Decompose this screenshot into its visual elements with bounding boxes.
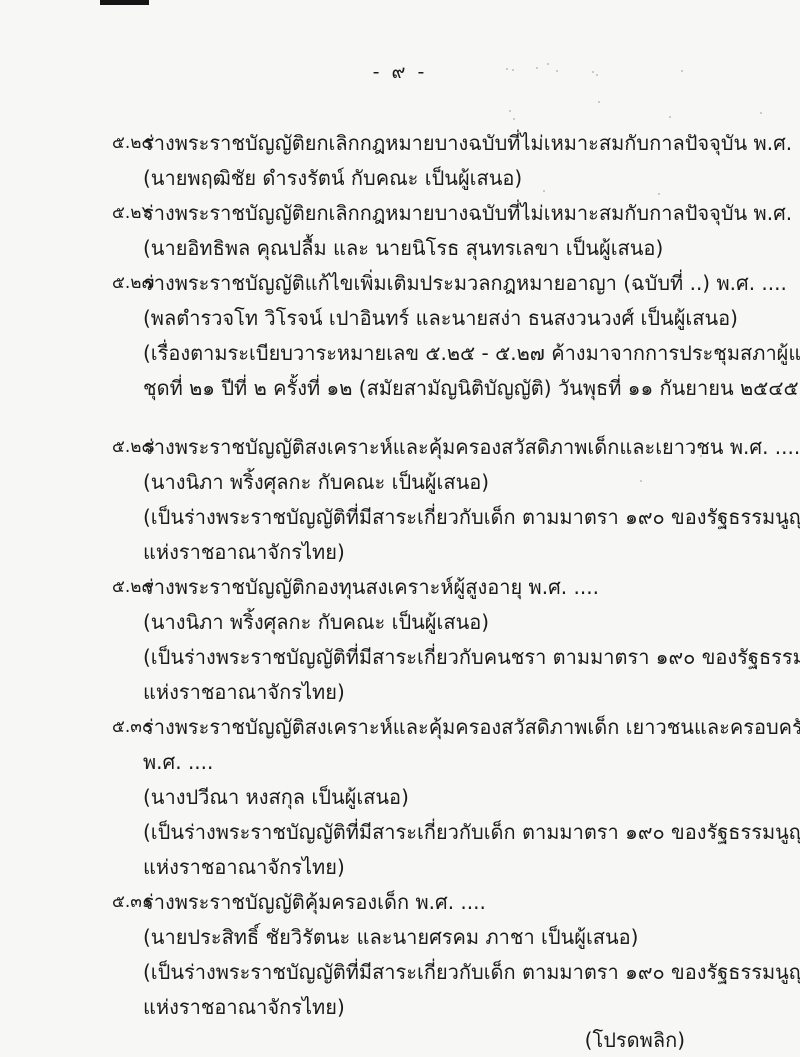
agenda-list: ๕.๒๕ร่างพระราชบัญญัติยกเลิกกฎหมายบางฉบับ… xyxy=(112,126,788,1025)
document-page: - ๙ - ๕.๒๕ร่างพระราชบัญญัติยกเลิกกฎหมายบ… xyxy=(0,0,800,1057)
scan-artifact-bar xyxy=(100,0,149,5)
item-number: ๕.๓๑ xyxy=(112,885,153,920)
item-number: ๕.๒๖ xyxy=(112,196,152,231)
scan-speck xyxy=(760,112,762,114)
item-line: ร่างพระราชบัญญัติสงเคราะห์และคุ้มครองสวั… xyxy=(143,430,788,465)
item-line: (เป็นร่างพระราชบัญญัติที่มีสาระเกี่ยวกับ… xyxy=(143,955,788,990)
item-line: ร่างพระราชบัญญัติแก้ไขเพิ่มเติมประมวลกฎห… xyxy=(143,266,788,301)
item-line: (นางปวีณา หงสกุล เป็นผู้เสนอ) xyxy=(143,780,788,815)
item-line: (เป็นร่างพระราชบัญญัติที่มีสาระเกี่ยวกับ… xyxy=(143,640,788,675)
agenda-item: ๕.๒๙ร่างพระราชบัญญัติกองทุนสงเคราะห์ผู้ส… xyxy=(112,570,788,710)
item-number: ๕.๓๐ xyxy=(112,710,152,745)
agenda-item: ๕.๒๕ร่างพระราชบัญญัติยกเลิกกฎหมายบางฉบับ… xyxy=(112,126,788,196)
item-line: (นายประสิทธิ์ ชัยวิรัตนะ และนายศรคม ภาชา… xyxy=(143,920,788,955)
item-line: ร่างพระราชบัญญัติยกเลิกกฎหมายบางฉบับที่ไ… xyxy=(143,126,788,161)
item-line: แห่งราชอาณาจักรไทย) xyxy=(143,850,788,885)
item-line: (เป็นร่างพระราชบัญญัติที่มีสาระเกี่ยวกับ… xyxy=(143,500,788,535)
turn-page-note: (โปรดพลิก) xyxy=(0,1026,685,1054)
item-line: แห่งราชอาณาจักรไทย) xyxy=(143,990,788,1025)
scan-speck xyxy=(598,101,600,103)
agenda-item: ๕.๒๘ร่างพระราชบัญญัติสงเคราะห์และคุ้มครอ… xyxy=(112,430,788,570)
scan-speck xyxy=(509,110,511,112)
item-line: (นายอิทธิพล คุณปลื้ม และ นายนิโรธ สุนทรเ… xyxy=(143,231,788,266)
agenda-item: ๕.๓๐ร่างพระราชบัญญัติสงเคราะห์และคุ้มครอ… xyxy=(112,710,788,885)
scan-speck xyxy=(669,116,671,118)
agenda-item: ๕.๓๑ร่างพระราชบัญญัติคุ้มครองเด็ก พ.ศ. .… xyxy=(112,885,788,1025)
item-line: (เรื่องตามระเบียบวาระหมายเลข ๕.๒๕ - ๕.๒๗… xyxy=(143,336,788,371)
item-line: (นางนิภา พริ้งศุลกะ กับคณะ เป็นผู้เสนอ) xyxy=(143,605,788,640)
item-number: ๕.๒๙ xyxy=(112,570,154,605)
item-line: ชุดที่ ๒๑ ปีที่ ๒ ครั้งที่ ๑๒ (สมัยสามัญ… xyxy=(143,371,788,406)
item-line: (นายพฤฒิชัย ดำรงรัตน์ กับคณะ เป็นผู้เสนอ… xyxy=(143,161,788,196)
item-number: ๕.๒๕ xyxy=(112,126,154,161)
page-number: - ๙ - xyxy=(0,57,800,87)
item-line: พ.ศ. .... xyxy=(143,745,788,780)
agenda-item: ๕.๒๖ร่างพระราชบัญญัติยกเลิกกฎหมายบางฉบับ… xyxy=(112,196,788,266)
scan-speck xyxy=(513,118,515,120)
item-line: แห่งราชอาณาจักรไทย) xyxy=(143,535,788,570)
item-line: (พลตำรวจโท วิโรจน์ เปาอินทร์ และนายสง่า … xyxy=(143,301,788,336)
item-line: ร่างพระราชบัญญัติคุ้มครองเด็ก พ.ศ. .... xyxy=(143,885,788,920)
item-number: ๕.๒๘ xyxy=(112,430,155,465)
item-line: (นางนิภา พริ้งศุลกะ กับคณะ เป็นผู้เสนอ) xyxy=(143,465,788,500)
item-line: (เป็นร่างพระราชบัญญัติที่มีสาระเกี่ยวกับ… xyxy=(143,815,788,850)
item-line: ร่างพระราชบัญญัติยกเลิกกฎหมายบางฉบับที่ไ… xyxy=(143,196,788,231)
item-number: ๕.๒๗ xyxy=(112,266,154,301)
agenda-item: ๕.๒๗ร่างพระราชบัญญัติแก้ไขเพิ่มเติมประมว… xyxy=(112,266,788,406)
item-line: ร่างพระราชบัญญัติสงเคราะห์และคุ้มครองสวั… xyxy=(143,710,788,745)
item-line: แห่งราชอาณาจักรไทย) xyxy=(143,675,788,710)
item-line: ร่างพระราชบัญญัติกองทุนสงเคราะห์ผู้สูงอา… xyxy=(143,570,788,605)
